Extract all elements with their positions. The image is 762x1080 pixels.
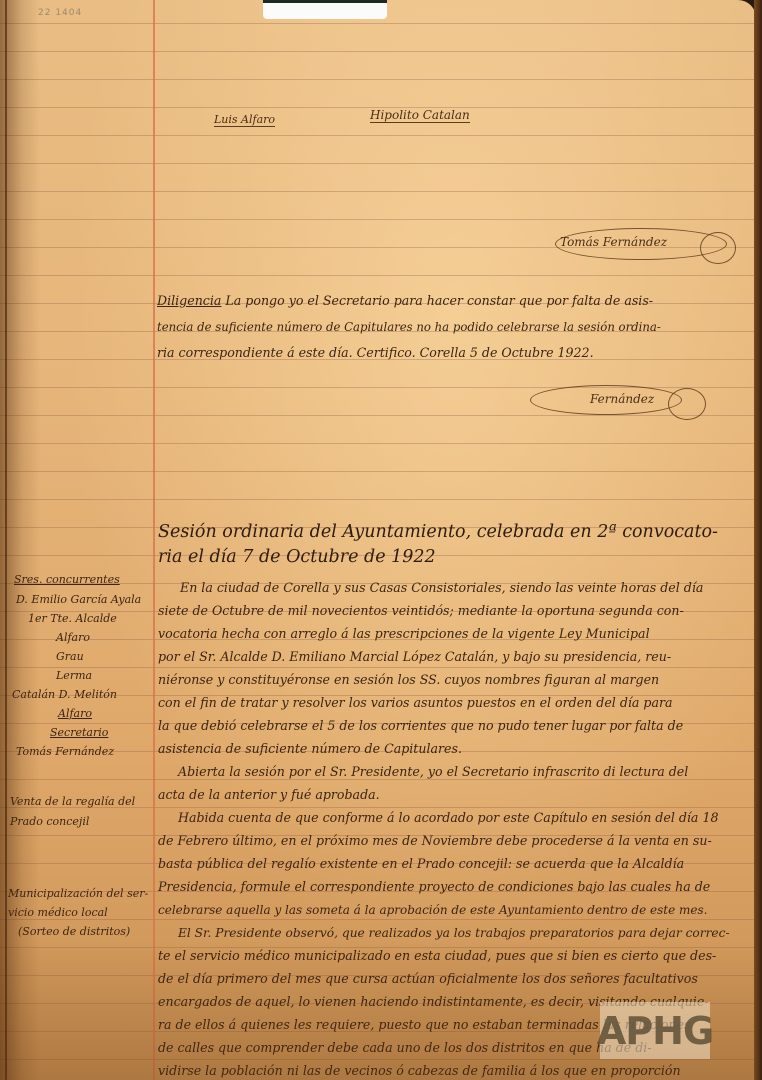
margin-note-municipal-line-3: (Sorteo de distritos) [18,918,130,946]
attendee-secretary-name: Tomás Fernández [16,738,114,766]
body-line: vidirse la población ni las de vecinos ó… [158,1057,681,1080]
session-title-line-1: Sesión ordinaria del Ayuntamiento, celeb… [158,522,718,542]
diligencia-line-3: ria correspondiente á este día. Certific… [157,339,594,367]
signature-luis-alfaro: Luis Alfaro [214,113,275,126]
pencil-page-note: 22 1404 [38,8,82,18]
signature-flourish [530,385,682,415]
margin-rule [153,0,155,1080]
signature-rubric [668,388,706,420]
signature-rubric [700,232,736,264]
diligencia-line-2: tencia de suficiente número de Capitular… [157,313,661,341]
top-tab-marker [263,0,387,19]
watermark-logo: APHG [600,1002,710,1059]
signature-hipolito-catalan: Hipolito Catalan [370,108,470,122]
margin-note-venta-line-2: Prado concejil [10,808,89,836]
diligencia-label: Diligencia [157,293,221,308]
session-title-line-2: ria el día 7 de Octubre de 1922 [158,547,436,567]
ledger-page: 22 1404 Luis Alfaro Hipolito Catalan Tom… [0,0,756,1080]
diligencia-line-1: Diligencia La pongo yo el Secretario par… [157,287,653,315]
binding-edge [5,0,7,1080]
book-edge [754,0,762,1080]
